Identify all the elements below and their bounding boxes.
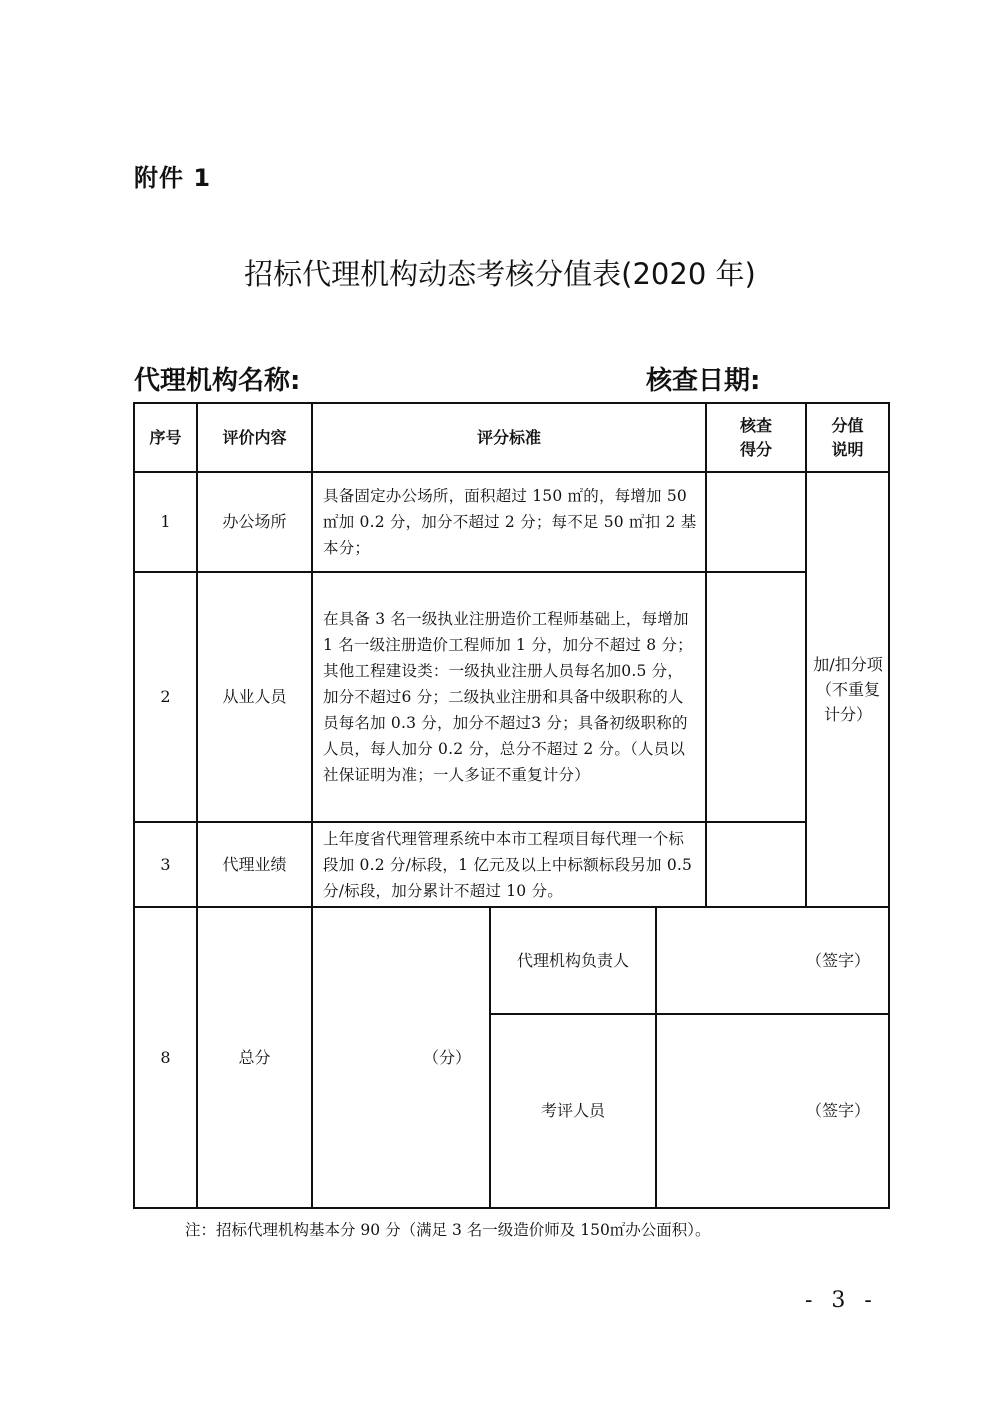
header-no: 序号 [135,404,196,471]
row-1-score-input[interactable] [707,473,805,571]
merged-score-note: 加/扣分项（不重复计分） [812,473,884,906]
total-no: 8 [135,908,196,1207]
row-3-score-input[interactable] [707,823,805,906]
reviewer-signature-field[interactable]: （签字） [657,1015,888,1207]
table-border [134,1207,890,1209]
header-score: 核查 得分 [707,404,805,471]
page-number: - 3 - [805,1288,878,1313]
score-table: 序号 评价内容 评分标准 核查 得分 分值 说明 1 办公场所 具备固定办公场所… [0,0,1000,1414]
header-note: 分值 说明 [807,404,888,471]
row-2-no: 2 [135,573,196,821]
footnote: 注：招标代理机构基本分 90 分（满足 3 名一级造价师及 150㎡办公面积）。 [185,1218,711,1240]
header-criteria: 评分标准 [313,404,705,471]
total-label: 总分 [198,908,311,1207]
row-2-score-input[interactable] [707,573,805,821]
agency-head-label: 代理机构负责人 [491,908,655,1013]
table-border [805,402,807,908]
table-border [888,402,890,1209]
reviewer-label: 考评人员 [491,1015,655,1207]
row-3-criteria: 上年度省代理管理系统中本市工程项目每代理一个标段加 0.2 分/标段，1 亿元及… [313,823,705,906]
row-1-criteria: 具备固定办公场所，面积超过 150 ㎡的，每增加 50 ㎡加 0.2 分，加分不… [313,473,705,571]
row-2-content: 从业人员 [198,573,311,821]
row-3-content: 代理业绩 [198,823,311,906]
row-3-no: 3 [135,823,196,906]
agency-head-signature-field[interactable]: （签字） [657,908,888,1013]
row-1-no: 1 [135,473,196,571]
row-2-criteria: 在具备 3 名一级执业注册造价工程师基础上，每增加 1 名一级注册造价工程师加 … [313,573,705,821]
row-1-content: 办公场所 [198,473,311,571]
header-content: 评价内容 [198,404,311,471]
total-score-field[interactable]: （分） [313,908,489,1207]
